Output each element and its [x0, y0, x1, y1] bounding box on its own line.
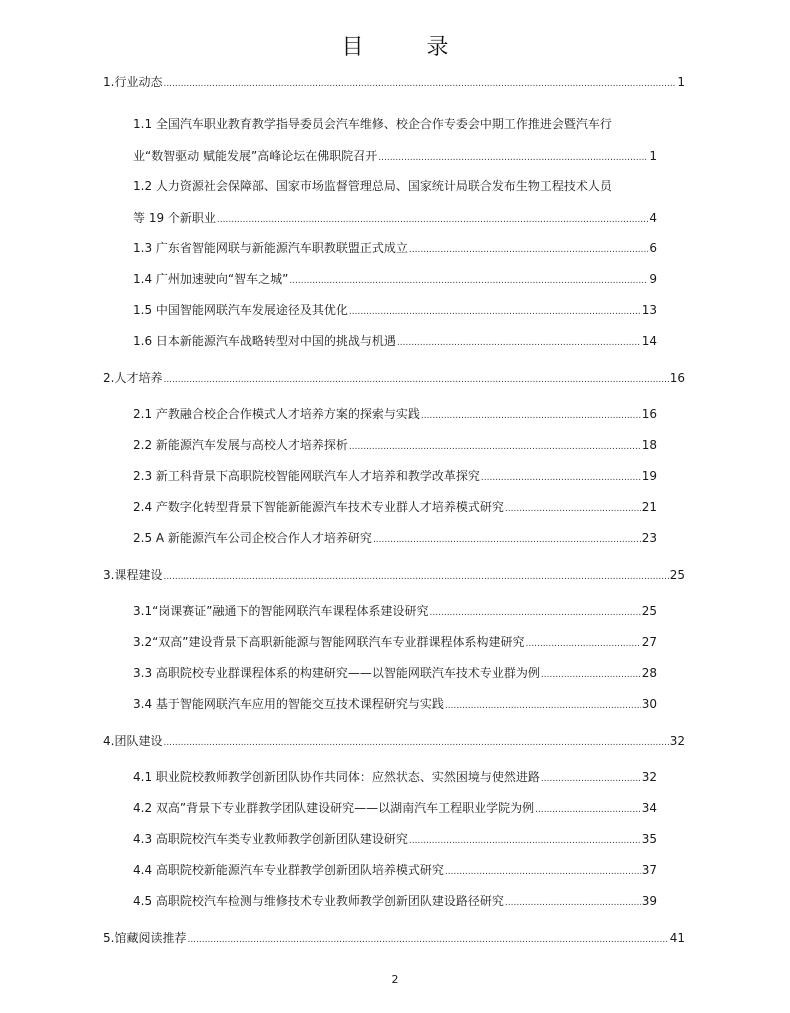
- dot-leader: [481, 470, 641, 486]
- toc-page-number: 6: [649, 240, 657, 256]
- dot-leader: [409, 833, 641, 849]
- toc-page-number: 18: [642, 437, 657, 453]
- toc-page-number: 23: [642, 530, 657, 546]
- toc-section-4[interactable]: 4.团队建设 32: [103, 733, 685, 757]
- toc-item-3-3[interactable]: 3.3 高职院校专业群课程体系的构建研究——以智能网联汽车技术专业群为例 28: [133, 665, 657, 681]
- dot-leader: [373, 532, 641, 548]
- toc-item-2-4[interactable]: 2.4 产数字化转型背景下智能新能源汽车技术专业群人才培养模式研究 21: [133, 499, 657, 515]
- toc-item-label: 4.4 高职院校新能源汽车专业群教学创新团队培养模式研究: [133, 862, 444, 878]
- toc-title: 目 录: [0, 30, 790, 61]
- toc-item-3-4[interactable]: 3.4 基于智能网联汽车应用的智能交互技术课程研究与实践 30: [133, 696, 657, 712]
- dot-leader: [163, 372, 668, 388]
- toc-item-4-1[interactable]: 4.1 职业院校教师教学创新团队协作共同体：应然状态、实然困境与使然进路 32: [133, 769, 657, 785]
- toc-page-number: 1: [677, 74, 685, 90]
- toc-item-label: 3.1“岗课赛证”融通下的智能网联汽车课程体系建设研究: [133, 603, 429, 619]
- toc-item-3-2[interactable]: 3.2“双高”建设背景下高职新能源与智能网联汽车专业群课程体系构建研究 27: [133, 634, 657, 650]
- dot-leader: [187, 932, 668, 948]
- toc-page-number: 4: [649, 210, 657, 226]
- toc-page-number: 25: [670, 567, 685, 583]
- toc-item-label: 4.1 职业院校教师教学创新团队协作共同体：应然状态、实然困境与使然进路: [133, 769, 540, 785]
- toc-item-1-5[interactable]: 1.5 中国智能网联汽车发展途径及其优化 13: [133, 302, 657, 318]
- toc-section-label: 4.团队建设: [103, 733, 162, 749]
- toc-item-4-3[interactable]: 4.3 高职院校汽车类专业教师教学创新团队建设研究 35: [133, 831, 657, 847]
- toc-item-label: 2.4 产数字化转型背景下智能新能源汽车技术专业群人才培养模式研究: [133, 499, 504, 515]
- toc-item-label: 2.2 新能源汽车发展与高校人才培养探析: [133, 437, 348, 453]
- toc-item-label: 3.4 基于智能网联汽车应用的智能交互技术课程研究与实践: [133, 696, 444, 712]
- toc-page-number: 16: [670, 370, 685, 386]
- dot-leader: [163, 76, 676, 92]
- toc-item-label: 1.3 广东省智能网联与新能源汽车职教联盟正式成立: [133, 240, 408, 256]
- toc-page-number: 37: [642, 862, 657, 878]
- dot-leader: [163, 569, 668, 585]
- dot-leader: [541, 771, 641, 787]
- toc-page-number: 21: [642, 499, 657, 515]
- toc-item-label: 2.5 A 新能源汽车公司企校合作人才培养研究: [133, 530, 372, 546]
- toc-section-label: 5.馆藏阅读推荐: [103, 930, 186, 946]
- toc-item-4-2[interactable]: 4.2 双高”背景下专业群教学团队建设研究——以湖南汽车工程职业学院为例 34: [133, 800, 657, 816]
- toc-item-3-1[interactable]: 3.1“岗课赛证”融通下的智能网联汽车课程体系建设研究 25: [133, 603, 657, 619]
- toc-item-label: 4.2 双高”背景下专业群教学团队建设研究——以湖南汽车工程职业学院为例: [133, 800, 534, 816]
- toc-page-number: 9: [649, 271, 657, 287]
- toc-section-label: 2.人才培养: [103, 370, 162, 386]
- toc-page-number: 35: [642, 831, 657, 847]
- toc-page-number: 30: [642, 696, 657, 712]
- toc-item-2-3[interactable]: 2.3 新工科背景下高职院校智能网联汽车人才培养和教学改革探究 19: [133, 468, 657, 484]
- toc-item-2-2[interactable]: 2.2 新能源汽车发展与高校人才培养探析 18: [133, 437, 657, 453]
- toc-item-label: 1.5 中国智能网联汽车发展途径及其优化: [133, 302, 348, 318]
- toc-item-label-cont: 业“数智驱动 赋能发展”高峰论坛在佛职院召开: [133, 148, 377, 164]
- toc-page-number: 25: [642, 603, 657, 619]
- toc-item-label: 2.3 新工科背景下高职院校智能网联汽车人才培养和教学改革探究: [133, 468, 480, 484]
- dot-leader: [397, 335, 641, 351]
- toc-item-4-5[interactable]: 4.5 高职院校汽车检测与维修技术专业教师教学创新团队建设路径研究 39: [133, 893, 657, 909]
- toc-item-label: 3.3 高职院校专业群课程体系的构建研究——以智能网联汽车技术专业群为例: [133, 665, 540, 681]
- toc-page-number: 34: [642, 800, 657, 816]
- toc-page-number: 41: [670, 930, 685, 946]
- dot-leader: [349, 304, 641, 320]
- toc-page-number: 1: [649, 148, 657, 164]
- toc-section-2[interactable]: 2.人才培养 16: [103, 370, 685, 394]
- toc-section-label: 1.行业动态: [103, 74, 162, 90]
- dot-leader: [505, 895, 641, 911]
- dot-leader: [289, 273, 648, 289]
- toc-page-number: 28: [642, 665, 657, 681]
- toc-page-number: 19: [642, 468, 657, 484]
- toc-item-4-4[interactable]: 4.4 高职院校新能源汽车专业群教学创新团队培养模式研究 37: [133, 862, 657, 878]
- toc-item-label: 2.1 产教融合校企合作模式人才培养方案的探索与实践: [133, 406, 420, 422]
- toc-item-1-1[interactable]: 1.1 全国汽车职业教育教学指导委员会汽车维修、校企合作专委会中期工作推进会暨汽…: [133, 116, 685, 166]
- toc-item-label: 1.4 广州加速驶向“智车之城”: [133, 271, 288, 287]
- dot-leader: [430, 605, 641, 621]
- dot-leader: [217, 212, 648, 228]
- dot-leader: [445, 698, 641, 714]
- toc-item-label: 1.2 人力资源社会保障部、国家市场监督管理总局、国家统计局联合发布生物工程技术…: [133, 178, 685, 194]
- dot-leader: [535, 802, 641, 818]
- toc-item-label-cont: 等 19 个新职业: [133, 210, 216, 226]
- toc-item-1-6[interactable]: 1.6 日本新能源汽车战略转型对中国的挑战与机遇 14: [133, 333, 657, 349]
- toc-page-number: 39: [642, 893, 657, 909]
- dot-leader: [349, 439, 641, 455]
- dot-leader: [409, 242, 648, 258]
- footer-page-number: 2: [0, 973, 790, 986]
- toc-section-1[interactable]: 1.行业动态 1: [103, 74, 685, 98]
- dot-leader: [378, 150, 648, 166]
- toc-item-label: 1.6 日本新能源汽车战略转型对中国的挑战与机遇: [133, 333, 396, 349]
- dot-leader: [445, 864, 641, 880]
- toc-page-number: 16: [642, 406, 657, 422]
- toc-page-number: 14: [642, 333, 657, 349]
- dot-leader: [541, 667, 641, 683]
- toc-item-label: 3.2“双高”建设背景下高职新能源与智能网联汽车专业群课程体系构建研究: [133, 634, 525, 650]
- toc-item-1-4[interactable]: 1.4 广州加速驶向“智车之城” 9: [133, 271, 657, 287]
- dot-leader: [505, 501, 641, 517]
- toc-section-5[interactable]: 5.馆藏阅读推荐 41: [103, 930, 685, 954]
- toc-item-1-3[interactable]: 1.3 广东省智能网联与新能源汽车职教联盟正式成立 6: [133, 240, 657, 256]
- toc-item-2-5[interactable]: 2.5 A 新能源汽车公司企校合作人才培养研究 23: [133, 530, 657, 546]
- dot-leader: [421, 408, 641, 424]
- dot-leader: [526, 636, 641, 652]
- toc-item-2-1[interactable]: 2.1 产教融合校企合作模式人才培养方案的探索与实践 16: [133, 406, 657, 422]
- toc-item-label: 4.5 高职院校汽车检测与维修技术专业教师教学创新团队建设路径研究: [133, 893, 504, 909]
- toc-page-number: 13: [642, 302, 657, 318]
- toc-section-3[interactable]: 3.课程建设 25: [103, 567, 685, 591]
- toc-item-label: 1.1 全国汽车职业教育教学指导委员会汽车维修、校企合作专委会中期工作推进会暨汽…: [133, 116, 685, 132]
- toc-item-1-2[interactable]: 1.2 人力资源社会保障部、国家市场监督管理总局、国家统计局联合发布生物工程技术…: [133, 178, 685, 228]
- toc-item-label: 4.3 高职院校汽车类专业教师教学创新团队建设研究: [133, 831, 408, 847]
- dot-leader: [163, 735, 668, 751]
- toc-page-number: 32: [670, 733, 685, 749]
- toc-page-number: 27: [642, 634, 657, 650]
- toc-page-number: 32: [642, 769, 657, 785]
- toc-section-label: 3.课程建设: [103, 567, 162, 583]
